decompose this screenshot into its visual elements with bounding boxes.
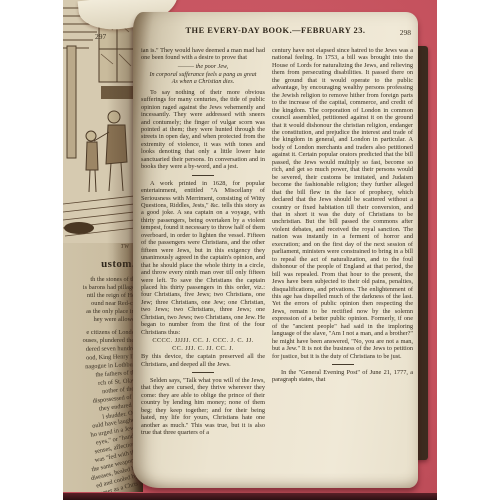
text-line: CC. JJJ. C. JJ. CC. J. [141,345,265,352]
text-columns: ian is." They would have deemed a man ma… [133,44,418,485]
verse-block: ——— the poor Jew,In corporal sufferance … [141,64,265,87]
left-page-text-fragment: ouses, plundered their [63,337,138,345]
column-number-left: 297 [95,32,106,41]
page-header: 297 THE EVERY-DAY BOOK.—FEBRUARY 23. 298 [133,12,418,44]
column-number-right: 298 [400,28,411,37]
paragraph: In the "General Evening Post" of June 21… [272,369,413,384]
left-page-strip: TW ustom. th the stones of theis barons … [63,0,143,492]
text-column-right: century have not elapsed since hatred to… [272,47,413,485]
paragraph: ian is." They would have deemed a man ma… [141,47,265,62]
paragraph: century have not elapsed since hatred to… [272,47,413,360]
left-page-text-fragment: as the only place in t [63,308,138,316]
text-line: CCCC. JJJJJ. CC. J. CCC. J. C. JJ. [141,337,265,344]
paragraph: A work printed in 1628, for popular ente… [141,180,265,337]
left-page-text-fragment: e citizens of London [63,329,138,337]
book-photo: TW ustom. th the stones of theis barons … [63,0,437,500]
left-page-text-fragment: ound near Red-cro [63,300,138,308]
cipher-block: CCCC. JJJJJ. CC. J. CCC. J. C. JJ.CC. JJ… [141,337,265,352]
left-page-text-fragment: ntil the reign of Hen [63,292,138,300]
left-page-heading-fragment: ustom. [63,258,143,270]
engraving-signature: TW [63,244,143,250]
text-line: ——— the poor Jew, [141,64,265,72]
section-rule [332,364,354,365]
paragraph: By this device, the captain preserved al… [141,353,265,368]
section-rule [192,175,214,176]
section-rule [192,372,214,373]
text-line: As when a Christian dies. [141,79,265,87]
book-photo-canvas: TW ustom. th the stones of theis barons … [0,0,500,500]
paragraph: Selden says, "Talk what you will of the … [141,377,265,437]
left-page-text-fragment: hey were allowed [63,316,138,324]
left-page-text-fragment: th the stones of the [63,276,138,284]
main-page: 297 THE EVERY-DAY BOOK.—FEBRUARY 23. 298… [133,12,418,488]
paragraph: To say nothing of their more obvious suf… [141,89,265,171]
left-page-fragments: th the stones of theis barons had pillag… [63,276,143,488]
text-line: In corporal sufferance feels a pang as g… [141,72,265,80]
running-title: THE EVERY-DAY BOOK.—FEBRUARY 23. [133,12,418,35]
left-page-text-fragment: is barons had pillaged [63,284,138,292]
text-column-left: ian is." They would have deemed a man ma… [141,47,265,485]
